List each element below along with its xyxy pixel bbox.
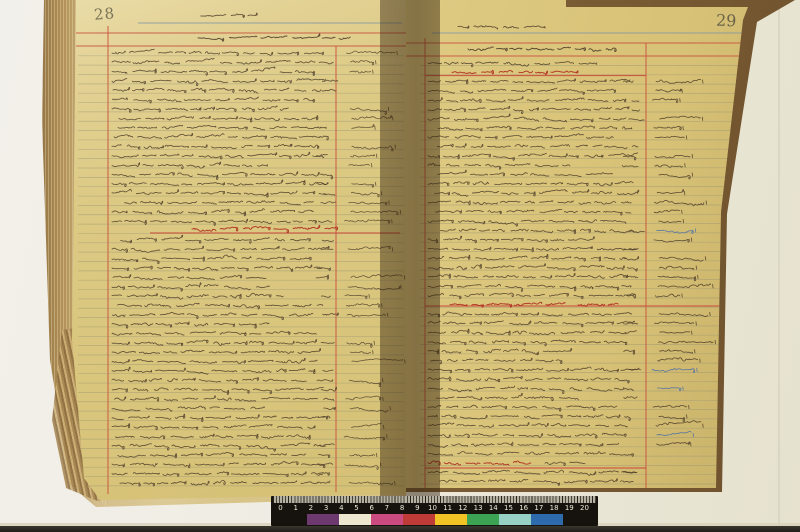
ledger-photograph: 28 29 01234567891011121314151617181920 (0, 0, 800, 532)
ruler-number: 20 (580, 503, 589, 513)
ruler-number: 2 (309, 503, 313, 513)
ruler-number: 5 (354, 503, 358, 513)
ruler-number: 16 (519, 503, 528, 513)
ruler-number: 15 (504, 503, 513, 513)
ruler-number: 11 (443, 503, 452, 513)
ruler-number: 1 (293, 503, 297, 513)
ruler-number: 18 (550, 503, 559, 513)
table-edge (0, 526, 800, 532)
color-patch (371, 514, 403, 525)
ruler-number: 10 (428, 503, 437, 513)
ruler-number: 19 (565, 503, 574, 513)
ruler-number: 8 (400, 503, 404, 513)
color-patch (499, 514, 531, 525)
ruler-number: 13 (474, 503, 483, 513)
ruler-number-row: 01234567891011121314151617181920 (271, 503, 598, 513)
ruler-number: 17 (534, 503, 543, 513)
ruler-number: 12 (458, 503, 467, 513)
color-patch (467, 514, 499, 525)
ruler-number: 3 (324, 503, 328, 513)
color-patch (307, 514, 339, 525)
ruler-number: 9 (415, 503, 419, 513)
color-patch (339, 514, 371, 525)
background-crease (778, 0, 780, 532)
ruler-tick-strip (273, 496, 596, 503)
ruler-number: 14 (489, 503, 498, 513)
color-calibration-ruler: 01234567891011121314151617181920 (271, 496, 598, 526)
ruler-number: 4 (339, 503, 343, 513)
ruler-number: 0 (278, 503, 282, 513)
ruler-number: 7 (385, 503, 389, 513)
color-patch (403, 514, 435, 525)
color-patch (531, 514, 563, 525)
page-number-right: 29 (716, 11, 737, 31)
page-number-left: 28 (93, 4, 116, 24)
ruler-color-patches (271, 513, 598, 526)
color-patch (435, 514, 467, 525)
ruler-number: 6 (369, 503, 373, 513)
